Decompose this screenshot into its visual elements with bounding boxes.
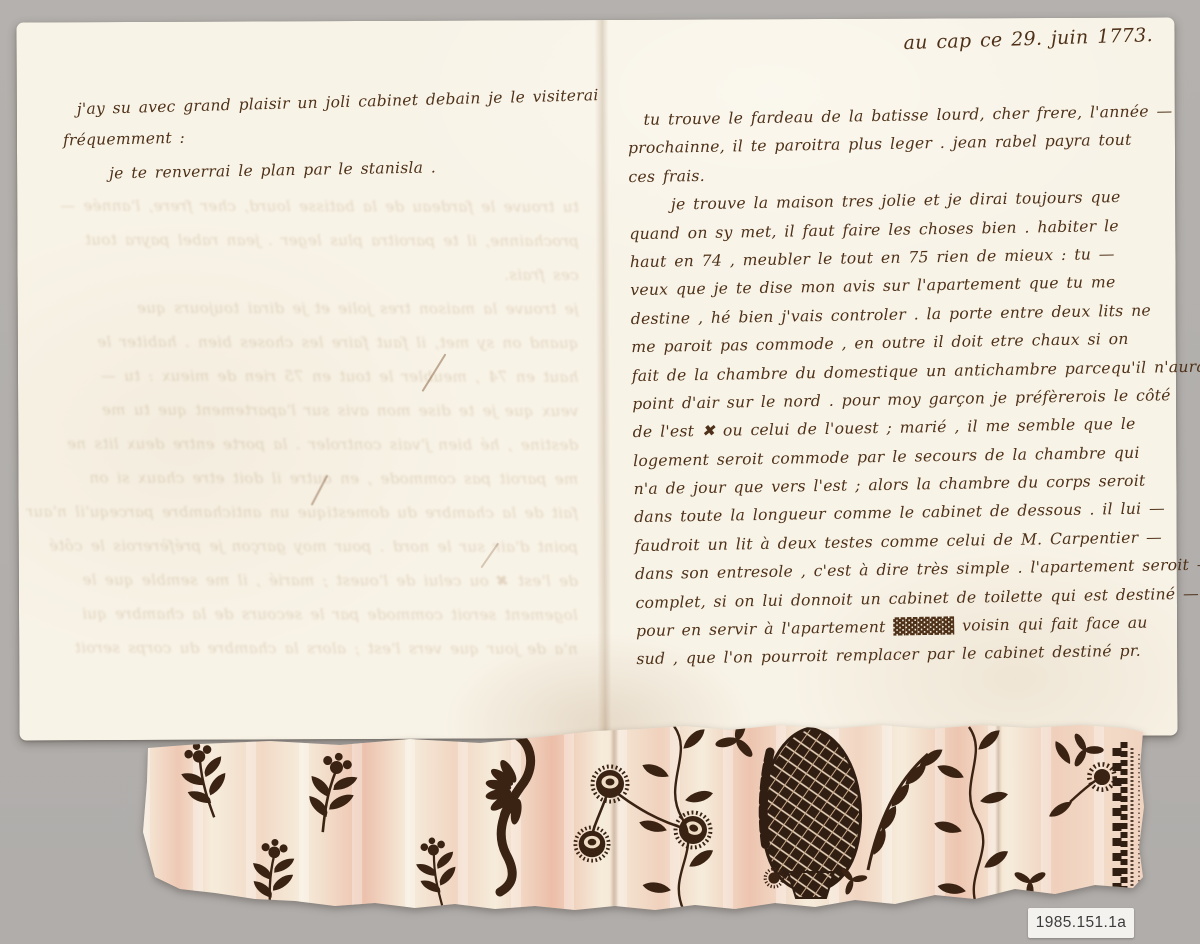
bleed-through-line: tu trouve le fardeau de la batisse lourd…	[27, 197, 579, 232]
small-flower-motif	[1089, 764, 1114, 789]
bleed-through-line: de l'est ✖ ou celui de l'ouest ; marié ,…	[26, 571, 578, 606]
letter-left-page: j'ay su avec grand plaisir un joli cabin…	[16, 20, 597, 741]
vine-motif	[934, 727, 1010, 912]
date-line: au cap ce 29. juin 1773.	[903, 24, 1153, 54]
rococo-scroll-motif	[485, 728, 531, 892]
accession-label: 1985.151.1a	[1028, 908, 1134, 938]
fabric-swatch	[140, 722, 1145, 917]
bleed-through-line: fait de la chambre du domestique un anti…	[26, 503, 578, 538]
lattice-plume-motif	[763, 728, 861, 892]
bleed-through-line: n'a de jour que vers l'est ; alors la ch…	[26, 639, 578, 674]
floral-sprig-motif	[301, 749, 361, 837]
bleed-through-line: ces frais.	[27, 265, 579, 300]
leaf-cluster-motif	[1013, 870, 1047, 900]
letter-sheet: j'ay su avec grand plaisir un joli cabin…	[16, 17, 1177, 740]
photograph-background: j'ay su avec grand plaisir un joli cabin…	[0, 0, 1200, 944]
laurel-leaves-motif	[868, 747, 945, 870]
bleed-through-line: me paroit pas commode , en outre il doit…	[26, 469, 578, 504]
leaf-cluster-motif	[712, 722, 764, 761]
handwriting-line: j'ay su avec grand plaisir un joli cabin…	[77, 86, 599, 118]
leaf-cluster-motif	[1060, 725, 1107, 770]
ink-bleed-through-text: tu trouve le fardeau de la batisse lourd…	[26, 197, 579, 674]
bleed-through-line: prochainne, il te paroitra plus leger . …	[27, 231, 579, 266]
letter-right-page: au cap ce 29. juin 1773. tu trouve le fa…	[608, 17, 1177, 737]
fabric-pattern	[140, 722, 1145, 917]
peacock-flower-motif	[593, 767, 628, 802]
bleed-through-line: haut en 74 , meubler le tout en 75 rien …	[26, 367, 578, 402]
handwriting-line: fréquemment :	[63, 129, 185, 150]
peacock-flower-motif	[671, 808, 716, 853]
bleed-through-line: destine , hé bien j'vais controler . la …	[26, 435, 578, 470]
bleed-through-line: veux que je te dise mon avis sur l'apart…	[26, 401, 578, 436]
handwriting-line: je te renverrai le plan par le stanisla …	[109, 158, 436, 182]
leaf-motif	[1052, 739, 1073, 767]
bleed-through-line: logement seroit commode par le secours d…	[26, 605, 578, 640]
floral-sprig-motif	[413, 835, 461, 908]
floral-sprig-motif	[175, 738, 234, 822]
bleed-through-line: je trouve la maison tres jolie et je dir…	[27, 299, 579, 334]
bleed-through-line: quand on sy met, il faut faire les chose…	[26, 333, 578, 368]
lattice-basket-motif	[788, 872, 834, 898]
frayed-selvage-edge	[1117, 742, 1139, 895]
fabric-striped-ground	[140, 722, 1145, 917]
floral-sprig-motif	[250, 838, 295, 913]
letter-body-text: tu trouve le fardeau de la batisse lourd…	[627, 102, 1174, 679]
peacock-flower-motif	[575, 827, 608, 860]
bleed-through-line: point d'air sur le nord . pour moy garço…	[26, 537, 578, 572]
